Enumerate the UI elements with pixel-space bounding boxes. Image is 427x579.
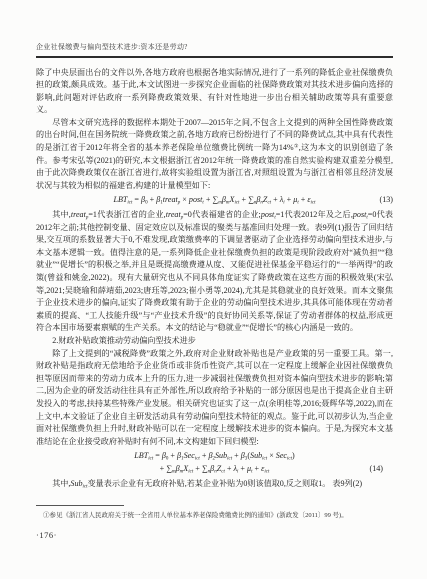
equation-13-line: LBTict = β0 + β1treatp × postt + ∑mβmXic… xyxy=(113,195,315,204)
section-heading-2: 2.财政补贴政策推动劳动偏向型技术进步 xyxy=(36,335,393,348)
page-content: 企业社保缴费与偏向型技术进步:资本还是劳动? 除了中央层面出台的文件以外,各地方… xyxy=(36,42,393,490)
equation-13-number: (13) xyxy=(380,194,393,207)
equation-14-line-2: + ∑mβmXict + ∑nβnZct + λi + μt + εict xyxy=(160,464,270,473)
equation-13: LBTict = β0 + β1treatp × postt + ∑mβmXic… xyxy=(36,194,393,207)
paragraph-3: 其中,treatp=1代表浙江省的企业,treatp=0代表福建省的企业;pos… xyxy=(36,209,393,335)
running-header-title: 企业社保缴费与偏向型技术进步:资本还是劳动? xyxy=(36,42,393,52)
equation-14-line-2-wrap: + ∑mβmXict + ∑nβnZct + λi + μt + εict (1… xyxy=(46,463,383,476)
paragraph-1: 除了中央层面出台的文件以外,各地方政府也根据各地实际情况,进行了一系列的降低企业… xyxy=(36,67,393,117)
equation-14: LBTict = β0 + β1Secict + β2Subict + β3(S… xyxy=(36,450,393,475)
paragraph-4: 除了上文提到的“减税降费”政策之外,政府对企业财政补贴也是产业政策的另一重要工具… xyxy=(36,348,393,449)
paragraph-5: 其中,Subict变量表示企业有无政府补贴,若某企业补贴为0则该值取0,反之则取… xyxy=(36,478,393,491)
document-page: 企业社保缴费与偏向型技术进步:资本还是劳动? 除了中央层面出台的文件以外,各地方… xyxy=(0,0,427,579)
article-body: 除了中央层面出台的文件以外,各地方政府也根据各地实际情况,进行了一系列的降低企业… xyxy=(36,67,393,491)
footnote-area: ①参见《浙江省人民政府关于统一全省用人单位基本养老保险费缴费比例的通知》(浙政发… xyxy=(36,505,393,540)
running-header: 企业社保缴费与偏向型技术进步:资本还是劳动? xyxy=(36,42,393,58)
equation-14-number: (14) xyxy=(370,463,383,476)
footnote-rule xyxy=(36,505,124,506)
paragraph-2: 尽管本文研究选择的数据样本期处于2007—2015年之间,不包含上文提到的两种全… xyxy=(36,117,393,193)
header-rule xyxy=(36,56,393,58)
page-number: ·176· xyxy=(36,530,393,540)
footnote-text: ①参见《浙江省人民政府关于统一全省用人单位基本养老保险费缴费比例的通知》(浙政发… xyxy=(43,511,393,520)
equation-14-line-1: LBTict = β0 + β1Secict + β2Subict + β3(S… xyxy=(46,450,383,463)
